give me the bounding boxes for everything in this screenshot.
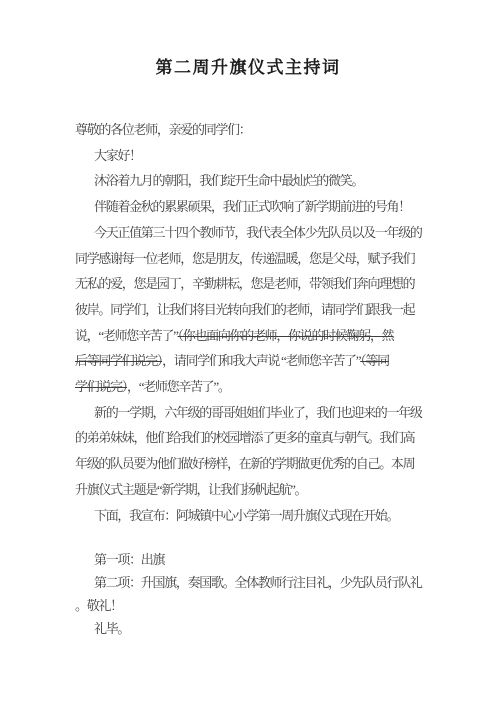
blank-line [75, 528, 436, 548]
text-run: 尊敬的各位老师，亲爱的同学们： [75, 122, 251, 137]
text-run: 升旗仪式主题是“新学期，让我们扬帆起航”。 [75, 482, 306, 497]
paragraph: 今天正值第三十四个教师节，我代表全体少先队员以及一年级的同学感谢每一位老师，您是… [75, 220, 436, 400]
document-page: 第二周升旗仪式主持词 尊敬的各位老师，亲爱的同学们：大家好！沐浴着九月的朝阳，我… [0, 0, 496, 702]
text-line: 尊敬的各位老师，亲爱的同学们： [75, 117, 436, 143]
text-run: 第二项：升国旗，奏国歌。全体教师行注目礼，少先队员行队礼 [94, 575, 422, 590]
paragraph: 尊敬的各位老师，亲爱的同学们： [75, 117, 436, 143]
text-run: 第一项：出旗 [94, 552, 164, 567]
paragraph: 伴随着金秋的累累硕果，我们正式吹响了新学期前进的号角！ [75, 194, 436, 220]
text-line: 无私的爱，您是园丁，辛勤耕耘，您是老师，带领我们奔向理想的 [75, 271, 436, 297]
paragraph: 大家好！ [75, 143, 436, 169]
text-run: 大家好！ [94, 148, 141, 163]
strikethrough-text: 后等同学们说完） [75, 353, 162, 368]
document-title: 第二周升旗仪式主持词 [0, 55, 496, 81]
text-line: 说，“老师您辛苦了”（你也面向你的老师，你说的时候鞠躬，然 [75, 323, 436, 349]
text-line: 第二项：升国旗，奏国歌。全体教师行注目礼，少先队员行队礼 [75, 571, 436, 594]
text-line: 的弟弟妹妹，他们给我们的校园增添了更多的童真与朝气。我们高 [75, 425, 436, 451]
paragraph: 第一项：出旗 [75, 548, 436, 571]
text-run: 。敬礼！ [75, 598, 122, 613]
text-run: 彼岸。同学们，让我们将目光转向我们的老师，请同学们跟我一起 [75, 302, 414, 317]
text-run: 同学感谢每一位老师，您是朋友，传递温暖，您是父母，赋予我们 [75, 251, 414, 266]
text-run: 礼毕。 [94, 621, 129, 636]
paragraph: 礼毕。 [75, 617, 436, 640]
text-run: 无私的爱，您是园丁，辛勤耕耘，您是老师，带领我们奔向理想的 [75, 276, 414, 291]
text-line: 大家好！ [75, 143, 436, 169]
text-line: 。敬礼！ [75, 594, 436, 617]
text-line: 年级的队员要为他们做好榜样，在新的学期做更优秀的自己。本周 [75, 451, 436, 477]
strikethrough-text: 学们说完） [75, 379, 127, 394]
text-line: 彼岸。同学们，让我们将目光转向我们的老师，请同学们跟我一起 [75, 297, 436, 323]
text-run: 年级的队员要为他们做好榜样，在新的学期做更优秀的自己。本周 [75, 456, 414, 471]
text-line: 后等同学们说完），请同学们和我大声说 “老师您辛苦了”（等同 [75, 348, 436, 374]
text-run: 下面，我宣布：阿城镇中心小学第一周升旗仪式现在开始。 [94, 508, 398, 523]
text-line: 伴随着金秋的累累硕果，我们正式吹响了新学期前进的号角！ [75, 194, 436, 220]
paragraph: 第二项：升国旗，奏国歌。全体教师行注目礼，少先队员行队礼。敬礼！ [75, 571, 436, 617]
text-line: 下面，我宣布：阿城镇中心小学第一周升旗仪式现在开始。 [75, 503, 436, 529]
text-line: 沐浴着九月的朝阳，我们绽开生命中最灿烂的微笑。 [75, 168, 436, 194]
strikethrough-text: （你也面向你的老师，你说的时候鞠躬，然 [178, 328, 394, 343]
text-line: 新的一学期，六年级的哥哥姐姐们毕业了，我们也迎来的一年级 [75, 400, 436, 426]
text-run: 伴随着金秋的累累硕果，我们正式吹响了新学期前进的号角！ [94, 199, 410, 214]
text-run: 沐浴着九月的朝阳，我们绽开生命中最灿烂的微笑。 [94, 173, 363, 188]
text-run: 说，“老师您辛苦了” [75, 328, 178, 343]
blank-paragraph [75, 528, 436, 548]
text-run: 的弟弟妹妹，他们给我们的校园增添了更多的童真与朝气。我们高 [75, 430, 414, 445]
paragraph: 新的一学期，六年级的哥哥姐姐们毕业了，我们也迎来的一年级的弟弟妹妹，他们给我们的… [75, 400, 436, 503]
strikethrough-text: （等同 [360, 353, 389, 368]
paragraph: 沐浴着九月的朝阳，我们绽开生命中最灿烂的微笑。 [75, 168, 436, 194]
text-line: 同学感谢每一位老师，您是朋友，传递温暖，您是父母，赋予我们 [75, 246, 436, 272]
text-line: 今天正值第三十四个教师节，我代表全体少先队员以及一年级的 [75, 220, 436, 246]
text-line: 升旗仪式主题是“新学期，让我们扬帆起航”。 [75, 477, 436, 503]
text-run: ，请同学们和我大声说 “老师您辛苦了” [162, 353, 360, 368]
text-line: 礼毕。 [75, 617, 436, 640]
text-run: 今天正值第三十四个教师节，我代表全体少先队员以及一年级的 [94, 225, 422, 240]
paragraph: 下面，我宣布：阿城镇中心小学第一周升旗仪式现在开始。 [75, 503, 436, 529]
text-run: ，“老师您辛苦了”。 [127, 379, 230, 394]
text-line: 学们说完），“老师您辛苦了”。 [75, 374, 436, 400]
text-line: 第一项：出旗 [75, 548, 436, 571]
document-body: 尊敬的各位老师，亲爱的同学们：大家好！沐浴着九月的朝阳，我们绽开生命中最灿烂的微… [75, 117, 436, 640]
text-run: 新的一学期，六年级的哥哥姐姐们毕业了，我们也迎来的一年级 [94, 405, 422, 420]
